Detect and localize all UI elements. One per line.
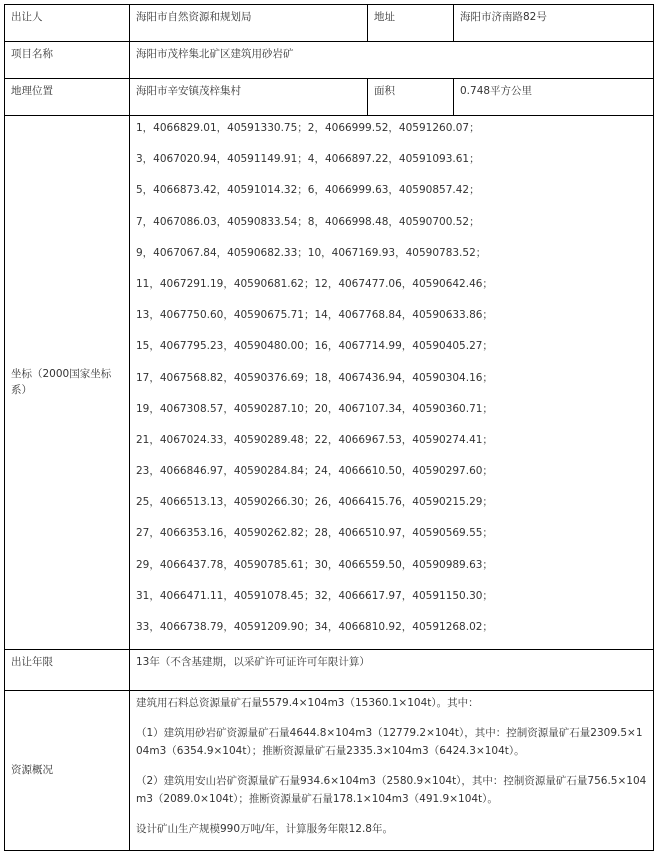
resources-value: 建筑用石料总资源量矿石量5579.4×104m3（15360.1×104t）。其… (130, 691, 654, 833)
coordinates-list: 1，4066829.01，40591330.75；2，4066999.52，40… (136, 119, 647, 649)
resources-label: 资源概况 (5, 691, 130, 833)
transferor-value: 海阳市自然资源和规划局 (130, 5, 368, 42)
address-label: 地址 (368, 5, 454, 42)
coordinate-line: 29，4066437.78，40590785.61；30，4066559.50，… (136, 556, 647, 587)
project-label: 项目名称 (5, 42, 130, 79)
coordinate-line: 31，4066471.11，40591078.45；32，4066617.97，… (136, 587, 647, 618)
coordinate-line: 3，4067020.94，40591149.91；4，4066897.22，40… (136, 150, 647, 181)
row-location: 地理位置 海阳市辛安镇茂梓集村 面积 0.748平方公里 (5, 79, 654, 116)
coordinates-label: 坐标（2000国家坐标系） (5, 116, 130, 650)
coordinate-line: 21，4067024.33，40590289.48；22，4066967.53，… (136, 431, 647, 462)
resource-paragraph: 建筑用石料总资源量矿石量5579.4×104m3（15360.1×104t）。其… (136, 694, 647, 712)
resources-paragraphs: 建筑用石料总资源量矿石量5579.4×104m3（15360.1×104t）。其… (136, 694, 647, 833)
coordinate-line: 27，4066353.16，40590262.82；28，4066510.97，… (136, 524, 647, 555)
coordinate-line: 15，4067795.23，40590480.00；16，4067714.99，… (136, 337, 647, 368)
row-term: 出让年限 13年（不含基建期，以采矿许可证许可年限计算） (5, 650, 654, 691)
coordinate-line: 9，4067067.84，40590682.33；10，4067169.93，4… (136, 244, 647, 275)
row-resources: 资源概况 建筑用石料总资源量矿石量5579.4×104m3（15360.1×10… (5, 691, 654, 833)
term-label: 出让年限 (5, 650, 130, 691)
mining-rights-info-table: 出让人 海阳市自然资源和规划局 地址 海阳市济南路82号 项目名称 海阳市茂梓集… (4, 4, 654, 833)
resource-paragraph: （2）建筑用安山岩矿资源量矿石量934.6×104m3（2580.9×104t）… (136, 772, 647, 808)
coordinate-line: 1，4066829.01，40591330.75；2，4066999.52，40… (136, 119, 647, 150)
area-value: 0.748平方公里 (454, 79, 654, 116)
row-project: 项目名称 海阳市茂梓集北矿区建筑用砂岩矿 (5, 42, 654, 79)
address-value: 海阳市济南路82号 (454, 5, 654, 42)
resource-paragraph: 设计矿山生产规模990万吨/年，计算服务年限12.8年。 (136, 820, 647, 833)
project-value: 海阳市茂梓集北矿区建筑用砂岩矿 (130, 42, 654, 79)
location-value: 海阳市辛安镇茂梓集村 (130, 79, 368, 116)
coordinate-line: 23，4066846.97，40590284.84；24，4066610.50，… (136, 462, 647, 493)
coordinate-line: 33，4066738.79，40591209.90；34，4066810.92，… (136, 618, 647, 649)
location-label: 地理位置 (5, 79, 130, 116)
term-value: 13年（不含基建期，以采矿许可证许可年限计算） (130, 650, 654, 691)
transferor-label: 出让人 (5, 5, 130, 42)
coordinate-line: 7，4067086.03，40590833.54；8，4066998.48，40… (136, 213, 647, 244)
coordinate-line: 5，4066873.42，40591014.32；6，4066999.63，40… (136, 181, 647, 212)
coordinate-line: 19，4067308.57，40590287.10；20，4067107.34，… (136, 400, 647, 431)
resource-paragraph: （1）建筑用砂岩矿资源量矿石量4644.8×104m3（12779.2×104t… (136, 724, 647, 760)
coordinate-line: 17，4067568.82，40590376.69；18，4067436.94，… (136, 369, 647, 400)
area-label: 面积 (368, 79, 454, 116)
coordinate-line: 13，4067750.60，40590675.71；14，4067768.84，… (136, 306, 647, 337)
coordinate-line: 25，4066513.13，40590266.30；26，4066415.76，… (136, 493, 647, 524)
row-transferor: 出让人 海阳市自然资源和规划局 地址 海阳市济南路82号 (5, 5, 654, 42)
coordinates-value: 1，4066829.01，40591330.75；2，4066999.52，40… (130, 116, 654, 650)
row-coordinates: 坐标（2000国家坐标系） 1，4066829.01，40591330.75；2… (5, 116, 654, 650)
coordinate-line: 11，4067291.19，40590681.62；12，4067477.06，… (136, 275, 647, 306)
